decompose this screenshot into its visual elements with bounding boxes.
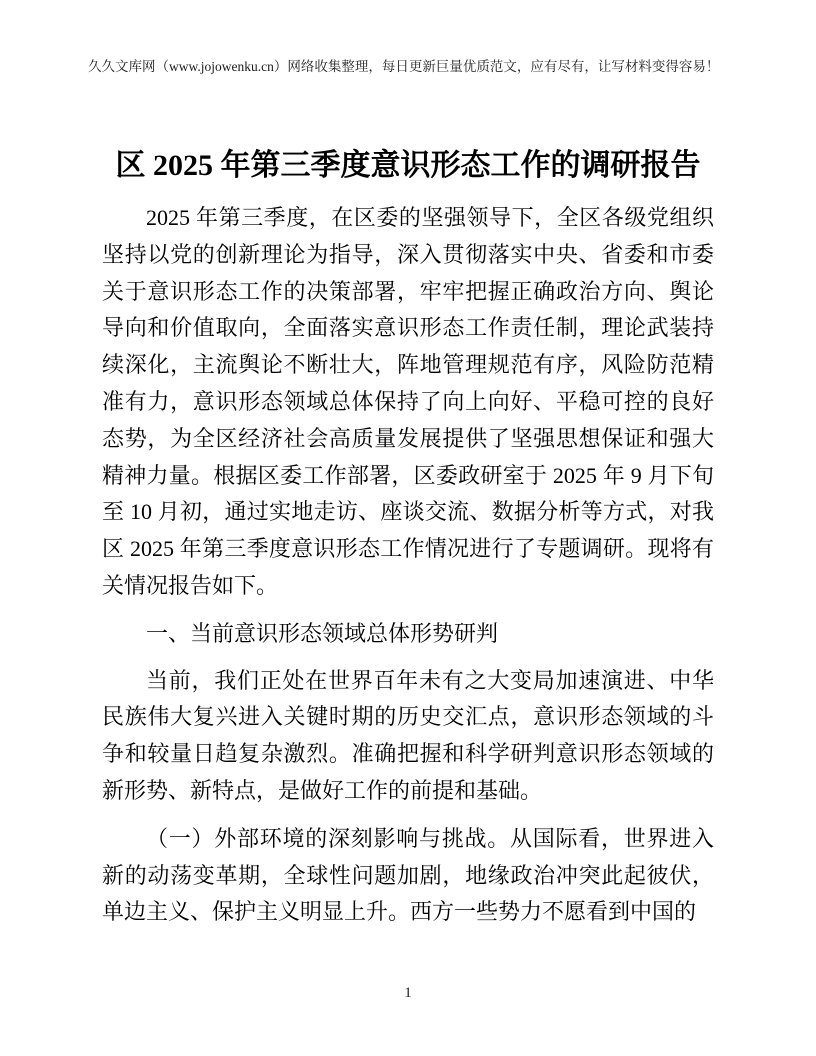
section-heading-1: 一、当前意识形态领域总体形势研判	[102, 616, 714, 653]
page-number: 1	[0, 982, 816, 1004]
paragraph-intro: 2025 年第三季度，在区委的坚强领导下，全区各级党组织坚持以党的创新理论为指导…	[102, 200, 714, 605]
page-title: 区 2025 年第三季度意识形态工作的调研报告	[102, 144, 714, 188]
document-page: 久久文库网（www.jojowenku.cn）网络收集整理，每日更新巨量优质范文…	[0, 0, 816, 1056]
document-content: 区 2025 年第三季度意识形态工作的调研报告 2025 年第三季度，在区委的坚…	[102, 0, 714, 942]
paragraph-situation: 当前，我们正处在世界百年未有之大变局加速演进、中华民族伟大复兴进入关键时期的历史…	[102, 663, 714, 810]
paragraph-external-environment: （一）外部环境的深刻影响与挑战。从国际看，世界进入新的动荡变革期，全球性问题加剧…	[102, 821, 714, 931]
